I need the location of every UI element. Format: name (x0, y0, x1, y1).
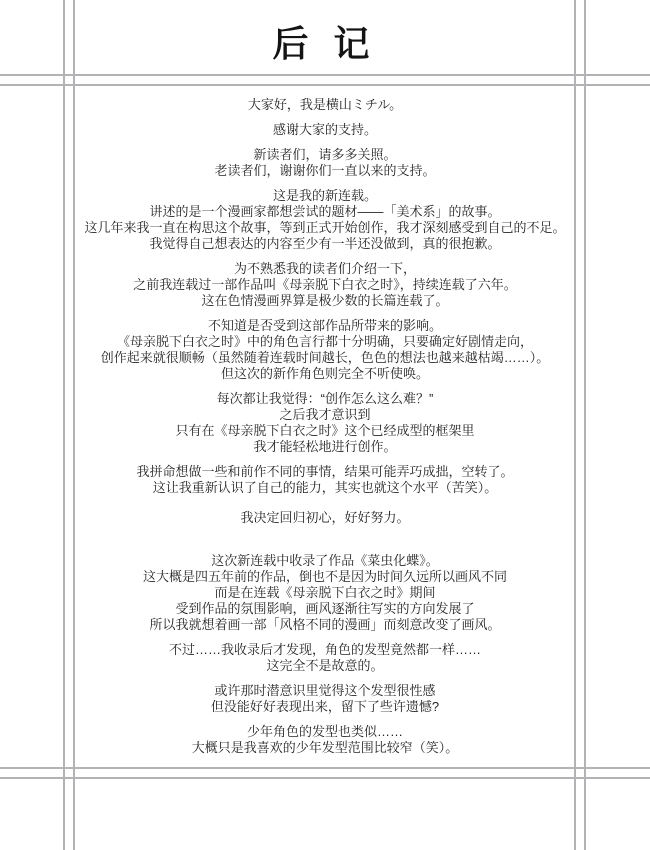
page-title: 后 记 (0, 16, 650, 67)
text-line: 不知道是否受到这部作品所带来的影响。 (0, 318, 650, 334)
text-line: 之前我连载过一部作品叫《母亲脱下白衣之时》，持续连载了六年。 (0, 277, 650, 293)
text-line: 这大概是四五年前的作品，倒也不是因为时间久远所以画风不同 (0, 569, 650, 585)
text-line: 《母亲脱下白衣之时》中的角色言行都十分明确，只要确定好剧情走向， (0, 334, 650, 350)
text-line: 所以我就想着画一部「风格不同的漫画」而刻意改变了画风。 (0, 617, 650, 633)
text-line: 但没能好好表现出来，留下了些许遗憾? (0, 699, 650, 715)
frame-line-horizontal-top-outer (0, 74, 650, 76)
paragraph-subconscious: 或许那时潜意识里觉得这个发型很性感 但没能好好表现出来，留下了些许遗憾? (0, 683, 650, 715)
frame-line-horizontal-bottom-inner (0, 767, 650, 769)
paragraph-greeting: 大家好，我是横山ミチル。 (0, 97, 650, 113)
text-line: 为不熟悉我的读者们介绍一下， (0, 261, 650, 277)
text-line: 我觉得自己想表达的内容至少有一半还没做到，真的很抱歉。 (0, 236, 650, 252)
text-line: 大家好，我是横山ミチル。 (0, 97, 650, 113)
paragraph-hairstyle-discovery: 不过……我收录后才发现，角色的发型竟然都一样…… 这完全不是故意的。 (0, 642, 650, 674)
text-line: 这让我重新认识了自己的能力，其实也就这个水平（苦笑）。 (0, 480, 650, 496)
text-line: 新读者们，请多多关照。 (0, 147, 650, 163)
paragraph-thanks: 感谢大家的支持。 (0, 122, 650, 138)
paragraph-reflection: 我拼命想做一些和前作不同的事情，结果可能弄巧成拙，空转了。 这让我重新认识了自己… (0, 464, 650, 496)
text-line: 这几年来我一直在构思这个故事，等到正式开始创作，我才深刻感受到自己的不足。 (0, 220, 650, 236)
paragraph-readers: 新读者们，请多多关照。 老读者们，谢谢你们一直以来的支持。 (0, 147, 650, 179)
paragraph-included-work: 这次新连载中收录了作品《菜虫化蝶》。 这大概是四五年前的作品，倒也不是因为时间久… (0, 553, 650, 633)
text-line: 这在色情漫画界算是极少数的长篇连载了。 (0, 293, 650, 309)
text-line: 我拼命想做一些和前作不同的事情，结果可能弄巧成拙，空转了。 (0, 464, 650, 480)
afterword-body: 大家好，我是横山ミチル。 感谢大家的支持。 新读者们，请多多关照。 老读者们，谢… (0, 97, 650, 756)
text-line: 受到作品的氛围影响，画风逐渐往写实的方向发展了 (0, 601, 650, 617)
paragraph-influence: 不知道是否受到这部作品所带来的影响。 《母亲脱下白衣之时》中的角色言行都十分明确… (0, 318, 650, 382)
paragraph-previous-work: 为不熟悉我的读者们介绍一下， 之前我连载过一部作品叫《母亲脱下白衣之时》，持续连… (0, 261, 650, 309)
text-line: 之后我才意识到 (0, 407, 650, 423)
frame-line-horizontal-top-inner (0, 84, 650, 86)
text-line: 少年角色的发型也类似…… (0, 724, 650, 740)
paragraph-new-series: 这是我的新连载。 讲述的是一个漫画家都想尝试的题材——「美术系」的故事。 这几年… (0, 188, 650, 252)
text-line: 只有在《母亲脱下白衣之时》这个已经成型的框架里 (0, 423, 650, 439)
text-line: 我决定回归初心，好好努力。 (0, 510, 650, 526)
text-line: 老读者们，谢谢你们一直以来的支持。 (0, 163, 650, 179)
text-line: 或许那时潜意识里觉得这个发型很性感 (0, 683, 650, 699)
paragraph-resolution: 我决定回归初心，好好努力。 (0, 510, 650, 526)
text-line: 讲述的是一个漫画家都想尝试的题材——「美术系」的故事。 (0, 204, 650, 220)
text-line: 但这次的新作角色则完全不听使唤。 (0, 366, 650, 382)
text-line: 这是我的新连载。 (0, 188, 650, 204)
text-line: 大概只是我喜欢的少年发型范围比较窄（笑）。 (0, 740, 650, 756)
text-line: 这次新连载中收录了作品《菜虫化蝶》。 (0, 553, 650, 569)
text-line: 不过……我收录后才发现，角色的发型竟然都一样…… (0, 642, 650, 658)
text-line: 而是在连载《母亲脱下白衣之时》期间 (0, 585, 650, 601)
paragraph-difficulty: 每次都让我觉得：“创作怎么这么难？” 之后我才意识到 只有在《母亲脱下白衣之时》… (0, 391, 650, 455)
text-line: 每次都让我觉得：“创作怎么这么难？” (0, 391, 650, 407)
text-line: 这完全不是故意的。 (0, 658, 650, 674)
text-line: 创作起来就很顺畅（虽然随着连载时间越长，色色的想法也越来越枯竭……）。 (0, 350, 650, 366)
text-line: 感谢大家的支持。 (0, 122, 650, 138)
frame-line-horizontal-bottom-outer (0, 777, 650, 779)
text-line: 我才能轻松地进行创作。 (0, 439, 650, 455)
paragraph-boy-hairstyle: 少年角色的发型也类似…… 大概只是我喜欢的少年发型范围比较窄（笑）。 (0, 724, 650, 756)
